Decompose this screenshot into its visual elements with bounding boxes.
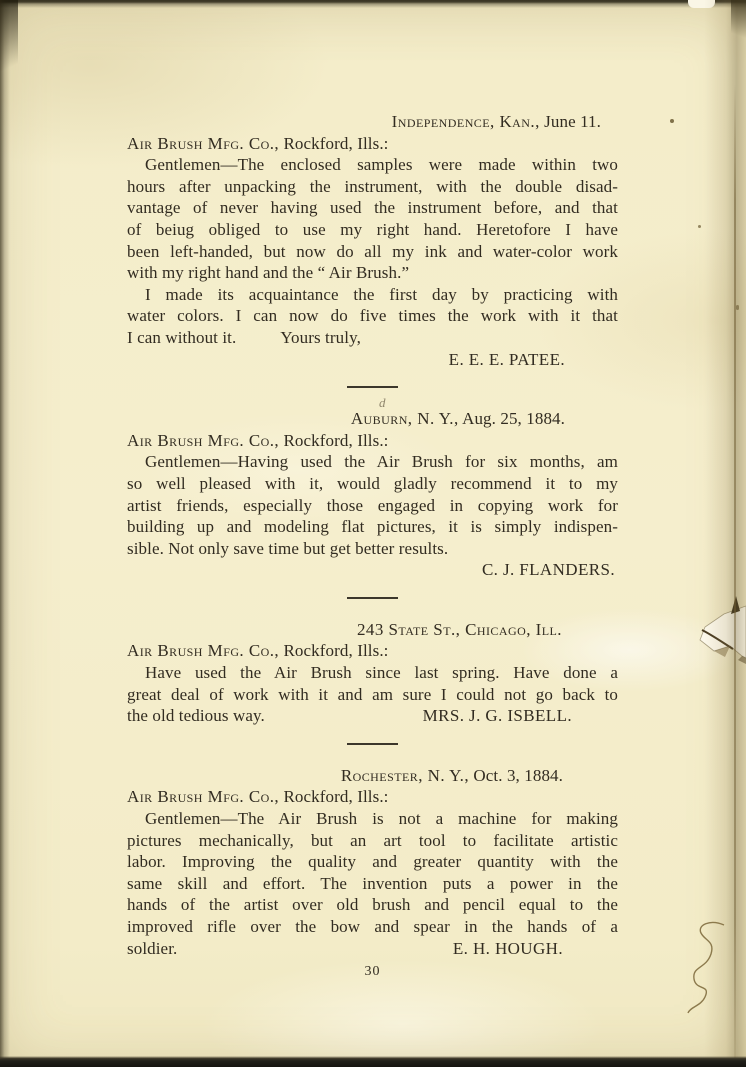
page-number: 30 <box>127 961 618 983</box>
letter-body-line: of beiug obliged to use my right hand. H… <box>127 219 618 241</box>
letter-body-line: vantage of never having used the instrum… <box>127 197 618 219</box>
letter-body-line: water colors. I can now do five times th… <box>127 305 618 327</box>
letter-signature: E. E. E. PATEE. <box>127 349 618 371</box>
letter-body-line: labor. Improving the quality and greater… <box>127 851 618 873</box>
ink-smudge: d <box>379 395 386 411</box>
letter-body-line: with my right hand and the “ Air Brush.” <box>127 262 618 284</box>
closing-right: Yours truly, <box>280 328 361 347</box>
letter-body-line: same skill and effort. The invention put… <box>127 873 618 895</box>
section-divider <box>347 386 398 388</box>
letter-dateline: Rochester, N. Y., Oct. 3, 1884. <box>127 765 618 787</box>
letter-body-line: artist friends, especially those engaged… <box>127 495 618 517</box>
letters-container: Independence, Kan., June 11.Air Brush Mf… <box>127 111 618 959</box>
paper-speck <box>698 225 701 228</box>
letter-body-line: Have used the Air Brush since last sprin… <box>127 662 618 684</box>
dateline-regular: Oct. 3, 1884. <box>469 766 563 785</box>
letter-body-line: I made its acquaintance the first day by… <box>127 284 618 306</box>
letter-body-line: Gentlemen—The enclosed samples were made… <box>127 154 618 176</box>
letter-4: Rochester, N. Y., Oct. 3, 1884.Air Brush… <box>127 765 618 959</box>
letter-3: 243 State St., Chicago, Ill.Air Brush Mf… <box>127 619 618 727</box>
letter-body-line: been left-handed, but now do all my ink … <box>127 241 618 263</box>
dateline-smallcaps: Rochester, N. Y., <box>341 766 469 785</box>
scan-edge-bottom <box>0 1056 746 1067</box>
closing-left: I can without it. <box>127 328 236 347</box>
salutation-smallcaps: Air Brush Mfg. Co., <box>127 787 279 806</box>
letter-body-line: sible. Not only save time but get better… <box>127 538 618 560</box>
letter-body-line: hours after unpacking the instrument, wi… <box>127 176 618 198</box>
letter-body-line: Gentlemen—The Air Brush is not a machine… <box>127 808 618 830</box>
letter-closing-line: I can without it.Yours truly, <box>127 327 618 349</box>
signature-line-text: the old tedious way. <box>127 705 265 727</box>
letter-salutation: Air Brush Mfg. Co., Rockford, Ills.: <box>127 640 618 662</box>
letter-1: Independence, Kan., June 11.Air Brush Mf… <box>127 111 618 370</box>
dateline-smallcaps: 243 State St., Chicago, Ill. <box>357 620 562 639</box>
page-fold-shading <box>704 0 746 1058</box>
letter-dateline: 243 State St., Chicago, Ill. <box>127 619 618 641</box>
paper-speck <box>670 119 674 123</box>
salutation-regular: Rockford, Ills.: <box>279 787 388 806</box>
salutation-regular: Rockford, Ills.: <box>279 134 388 153</box>
letter-body-line: pictures mechanically, but an art tool t… <box>127 830 618 852</box>
scanned-book-page: Independence, Kan., June 11.Air Brush Mf… <box>0 0 746 1067</box>
page-text-block: Independence, Kan., June 11.Air Brush Mf… <box>127 111 618 983</box>
letter-body-line: Gentlemen—Having used the Air Brush for … <box>127 451 618 473</box>
scan-edge-top <box>0 0 746 8</box>
salutation-smallcaps: Air Brush Mfg. Co., <box>127 431 279 450</box>
letter-body-line: improved rifle over the bow and spear in… <box>127 916 618 938</box>
letter-body-line: so well pleased with it, would gladly re… <box>127 473 618 495</box>
letter-signature-line: soldier.E. H. HOUGH. <box>127 938 618 960</box>
letter-salutation: Air Brush Mfg. Co., Rockford, Ills.: <box>127 786 618 808</box>
dateline-smallcaps: Auburn, N. Y., <box>351 409 459 428</box>
scan-edge-left <box>0 0 10 1058</box>
salutation-regular: Rockford, Ills.: <box>279 641 388 660</box>
letter-dateline: Independence, Kan., June 11. <box>127 111 618 133</box>
letter-salutation: Air Brush Mfg. Co., Rockford, Ills.: <box>127 430 618 452</box>
salutation-regular: Rockford, Ills.: <box>279 431 388 450</box>
letter-signature: C. J. FLANDERS. <box>127 559 618 581</box>
letter-dateline: Auburn, N. Y., Aug. 25, 1884. <box>127 408 618 430</box>
signature-line-text: soldier. <box>127 938 177 960</box>
dateline-smallcaps: Independence, Kan., <box>392 112 540 131</box>
page-fold-line <box>734 84 736 1058</box>
section-divider <box>347 743 398 745</box>
letter-signature: E. H. HOUGH. <box>453 938 618 960</box>
letter-signature-line: the old tedious way.MRS. J. G. ISBELL. <box>127 705 618 727</box>
letter-2: Auburn, N. Y., Aug. 25, 1884.Air Brush M… <box>127 408 618 581</box>
letter-body-line: building up and modeling flat pictures, … <box>127 516 618 538</box>
letter-salutation: Air Brush Mfg. Co., Rockford, Ills.: <box>127 133 618 155</box>
letter-signature: MRS. J. G. ISBELL. <box>423 705 618 727</box>
dateline-regular: June 11. <box>540 112 601 131</box>
salutation-smallcaps: Air Brush Mfg. Co., <box>127 641 279 660</box>
dateline-regular: Aug. 25, 1884. <box>459 409 565 428</box>
section-divider <box>347 597 398 599</box>
letter-body-line: great deal of work with it and am sure I… <box>127 684 618 706</box>
letter-body-line: hands of the artist over old brush and p… <box>127 894 618 916</box>
salutation-smallcaps: Air Brush Mfg. Co., <box>127 134 279 153</box>
